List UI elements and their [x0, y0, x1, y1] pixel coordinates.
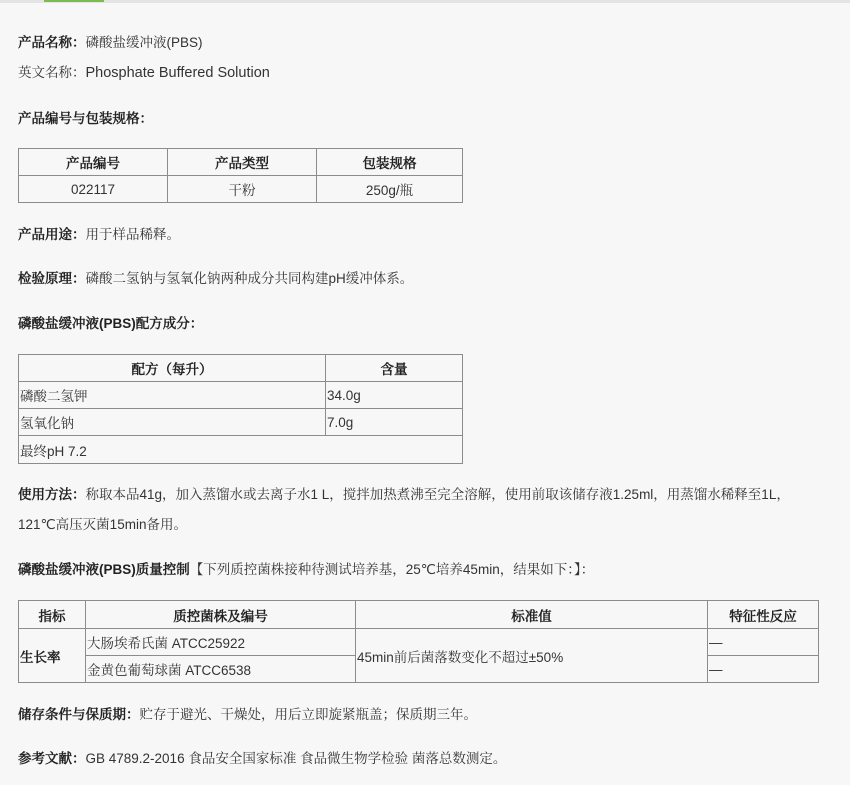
table-header-row: 产品编号 产品类型 包装规格	[19, 149, 463, 176]
cell-ingredient: 磷酸二氢钾	[19, 382, 326, 409]
header-reaction: 特征性反应	[708, 601, 819, 629]
principle-row: 检验原理：磷酸二氢钠与氢氧化钠两种成分共同构建pH缓冲体系。	[18, 270, 413, 288]
packaging-table: 产品编号 产品类型 包装规格 022117 干粉 250g/瓶	[18, 148, 463, 203]
header-formula: 配方（每升）	[19, 355, 326, 382]
method-label: 使用方法：	[18, 487, 86, 502]
active-tab-indicator	[44, 0, 104, 2]
storage-label: 储存条件与保质期：	[18, 707, 140, 722]
cell-packaging: 250g/瓶	[317, 176, 463, 203]
cell-indicator: 生长率	[19, 629, 86, 683]
product-name-value: 磷酸盐缓冲液(PBS)	[86, 35, 203, 50]
header-product-type: 产品类型	[168, 149, 317, 176]
english-name-row: 英文名称：Phosphate Buffered Solution	[18, 64, 270, 82]
reference-value: GB 4789.2-2016 食品安全国家标准 食品微生物学检验 菌落总数测定。	[86, 751, 507, 766]
product-name-label: 产品名称：	[18, 35, 86, 50]
table-row: 磷酸二氢钾 34.0g	[19, 382, 463, 409]
english-name-value: Phosphate Buffered Solution	[86, 65, 270, 81]
table-row: 氢氧化钠 7.0g	[19, 409, 463, 436]
storage-row: 储存条件与保质期：贮存于避光、干燥处，用后立即旋紧瓶盖；保质期三年。	[18, 706, 477, 724]
table-row: 最终pH 7.2	[19, 436, 463, 464]
qc-table: 指标 质控菌株及编号 标准值 特征性反应 生长率 大肠埃希氏菌 ATCC2592…	[18, 600, 819, 683]
top-tab-bar	[0, 0, 850, 3]
method-row: 使用方法：称取本品41g，加入蒸馏水或去离子水1 L，搅拌加热煮沸至完全溶解，使…	[18, 486, 790, 504]
storage-value: 贮存于避光、干燥处，用后立即旋紧瓶盖；保质期三年。	[140, 707, 478, 722]
table-header-row: 指标 质控菌株及编号 标准值 特征性反应	[19, 601, 819, 629]
header-strain: 质控菌株及编号	[86, 601, 356, 629]
formula-table: 配方（每升） 含量 磷酸二氢钾 34.0g 氢氧化钠 7.0g 最终pH 7.2	[18, 354, 463, 464]
method-value-line2: 121℃高压灭菌15min备用。	[18, 516, 187, 534]
formula-heading: 磷酸盐缓冲液(PBS)配方成分：	[18, 315, 203, 333]
qc-heading: 磷酸盐缓冲液(PBS)质量控制【下列质控菌株接种待测试培养基，25℃培养45mi…	[18, 561, 594, 579]
product-name-row: 产品名称：磷酸盐缓冲液(PBS)	[18, 34, 203, 52]
cell-amount: 7.0g	[326, 409, 463, 436]
cell-product-type: 干粉	[168, 176, 317, 203]
cell-ingredient: 氢氧化钠	[19, 409, 326, 436]
principle-value: 磷酸二氢钠与氢氧化钠两种成分共同构建pH缓冲体系。	[86, 271, 414, 286]
usage-value: 用于样品稀释。	[86, 227, 181, 242]
usage-label: 产品用途：	[18, 227, 86, 242]
cell-reaction: —	[708, 629, 819, 656]
header-packaging: 包装规格	[317, 149, 463, 176]
header-product-code: 产品编号	[19, 149, 168, 176]
qc-heading-bold: 磷酸盐缓冲液(PBS)质量控制	[18, 562, 190, 577]
english-name-label: 英文名称：	[18, 65, 86, 80]
cell-reaction: —	[708, 656, 819, 683]
header-amount: 含量	[326, 355, 463, 382]
packaging-heading: 产品编号与包装规格：	[18, 110, 153, 128]
cell-standard: 45min前后菌落数变化不超过±50%	[356, 629, 708, 683]
header-standard: 标准值	[356, 601, 708, 629]
cell-strain: 金黄色葡萄球菌 ATCC6538	[86, 656, 356, 683]
table-row: 022117 干粉 250g/瓶	[19, 176, 463, 203]
header-indicator: 指标	[19, 601, 86, 629]
reference-label: 参考文献：	[18, 751, 86, 766]
qc-heading-rest: 【下列质控菌株接种待测试培养基，25℃培养45min，结果如下：】：	[190, 562, 594, 577]
principle-label: 检验原理：	[18, 271, 86, 286]
cell-final-ph: 最终pH 7.2	[19, 436, 463, 464]
method-value-line1: 称取本品41g，加入蒸馏水或去离子水1 L，搅拌加热煮沸至完全溶解，使用前取该储…	[86, 487, 790, 502]
cell-product-code: 022117	[19, 176, 168, 203]
usage-row: 产品用途：用于样品稀释。	[18, 226, 180, 244]
table-row: 生长率 大肠埃希氏菌 ATCC25922 45min前后菌落数变化不超过±50%…	[19, 629, 819, 656]
cell-amount: 34.0g	[326, 382, 463, 409]
reference-row: 参考文献：GB 4789.2-2016 食品安全国家标准 食品微生物学检验 菌落…	[18, 750, 506, 768]
table-header-row: 配方（每升） 含量	[19, 355, 463, 382]
cell-strain: 大肠埃希氏菌 ATCC25922	[86, 629, 356, 656]
